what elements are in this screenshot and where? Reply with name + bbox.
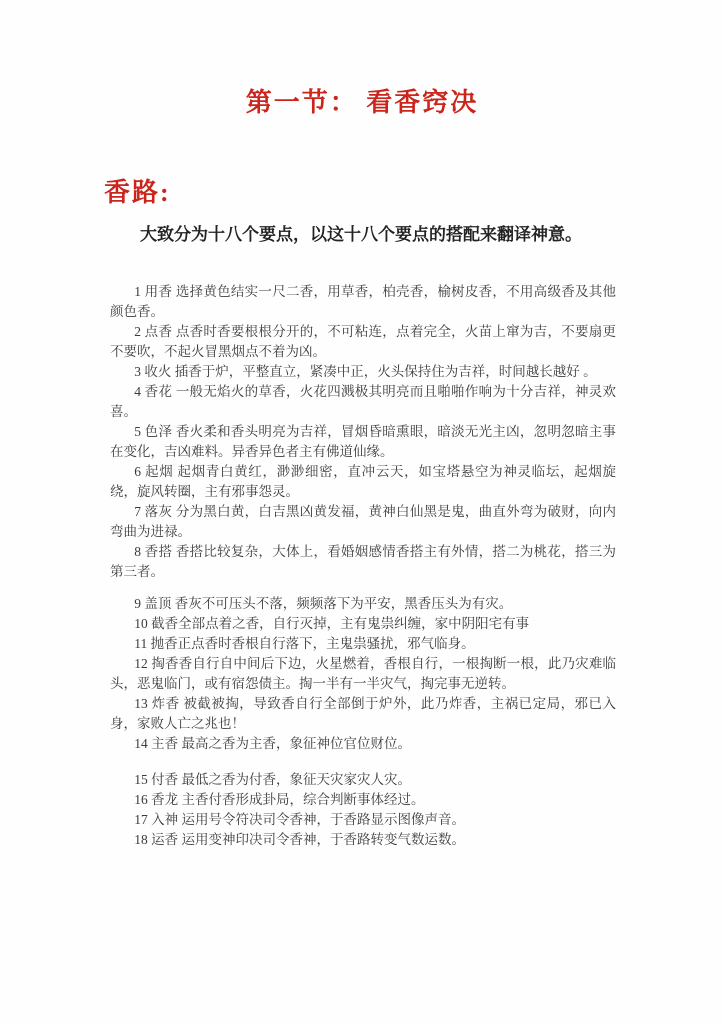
list-item-3: 3 收火 插香于炉，平整直立，紧凑中正，火头保持住为吉祥，时间越长越好 。 <box>110 362 616 382</box>
list-item-2: 2 点香 点香时香要根根分开的，不可粘连，点着完全，火苗上窜为吉，不要扇更不要吹… <box>110 322 616 362</box>
list-item-18: 18 运香 运用变神印决司令香神，于香路转变气数运数。 <box>110 830 616 850</box>
intro-sentence: 大致分为十八个要点，以这十八个要点的搭配来翻译神意。 <box>140 222 624 248</box>
document-title: 第一节： 看香窍决 <box>0 86 724 120</box>
list-item-4: 4 香花 一般无焰火的草香，火花四溅极其明亮而且啪啪作响为十分吉祥，神灵欢喜。 <box>110 382 616 422</box>
list-item-12: 12 掏香香自行自中间后下边，火星燃着，香根自行，一根掏断一根，此乃灾难临头，恶… <box>110 654 616 694</box>
point-group-2: 9 盖顶 香灰不可压头不落，频频落下为平安，黑香压头为有灾。 10 截香全部点着… <box>110 594 616 754</box>
point-group-3: 15 付香 最低之香为付香，象征天灾家灾人灾。 16 香龙 主香付香形成卦局，综… <box>110 770 616 850</box>
list-item-5: 5 色泽 香火柔和香头明亮为吉祥，冒烟昏暗熏眼，暗淡无光主凶，忽明忽暗主事在变化… <box>110 422 616 462</box>
incense-point-list: 1 用香 选择黄色结实一尺二香，用草香，柏壳香，榆树皮香，不用高级香及其他颜色香… <box>110 282 616 850</box>
list-item-7: 7 落灰 分为黑白黄，白吉黑凶黄发福，黄神白仙黑是鬼，曲直外弯为破财，向内弯曲为… <box>110 502 616 542</box>
list-item-1: 1 用香 选择黄色结实一尺二香，用草香，柏壳香，榆树皮香，不用高级香及其他颜色香… <box>110 282 616 322</box>
list-item-6: 6 起烟 起烟青白黄红，渺渺细密，直冲云天，如宝塔悬空为神灵临坛，起烟旋绕，旋风… <box>110 462 616 502</box>
list-item-17: 17 入神 运用号令符决司令香神，于香路显示图像声音。 <box>110 810 616 830</box>
list-item-14: 14 主香 最高之香为主香，象征神位官位财位。 <box>110 734 616 754</box>
list-item-11: 11 抛香正点香时香根自行落下，主鬼祟骚扰，邪气临身。 <box>110 634 616 654</box>
list-item-13: 13 炸香 被截被掏，导致香自行全部倒于炉外，此乃炸香，主祸已定局，邪已入身，家… <box>110 694 616 734</box>
list-item-16: 16 香龙 主香付香形成卦局，综合判断事体经过。 <box>110 790 616 810</box>
list-item-10: 10 截香全部点着之香，自行灭掉，主有鬼祟纠缠，家中阴阳宅有事 <box>110 614 616 634</box>
document-page: 第一节： 看香窍决 香路: 大致分为十八个要点，以这十八个要点的搭配来翻译神意。… <box>0 0 724 1024</box>
list-item-9: 9 盖顶 香灰不可压头不落，频频落下为平安，黑香压头为有灾。 <box>110 594 616 614</box>
section-heading-xianglu: 香路: <box>104 176 724 210</box>
point-group-1: 1 用香 选择黄色结实一尺二香，用草香，柏壳香，榆树皮香，不用高级香及其他颜色香… <box>110 282 616 582</box>
list-item-8: 8 香搭 香搭比较复杂，大体上，看婚姻感情香搭主有外情，搭二为桃花，搭三为第三者… <box>110 542 616 582</box>
list-item-15: 15 付香 最低之香为付香，象征天灾家灾人灾。 <box>110 770 616 790</box>
